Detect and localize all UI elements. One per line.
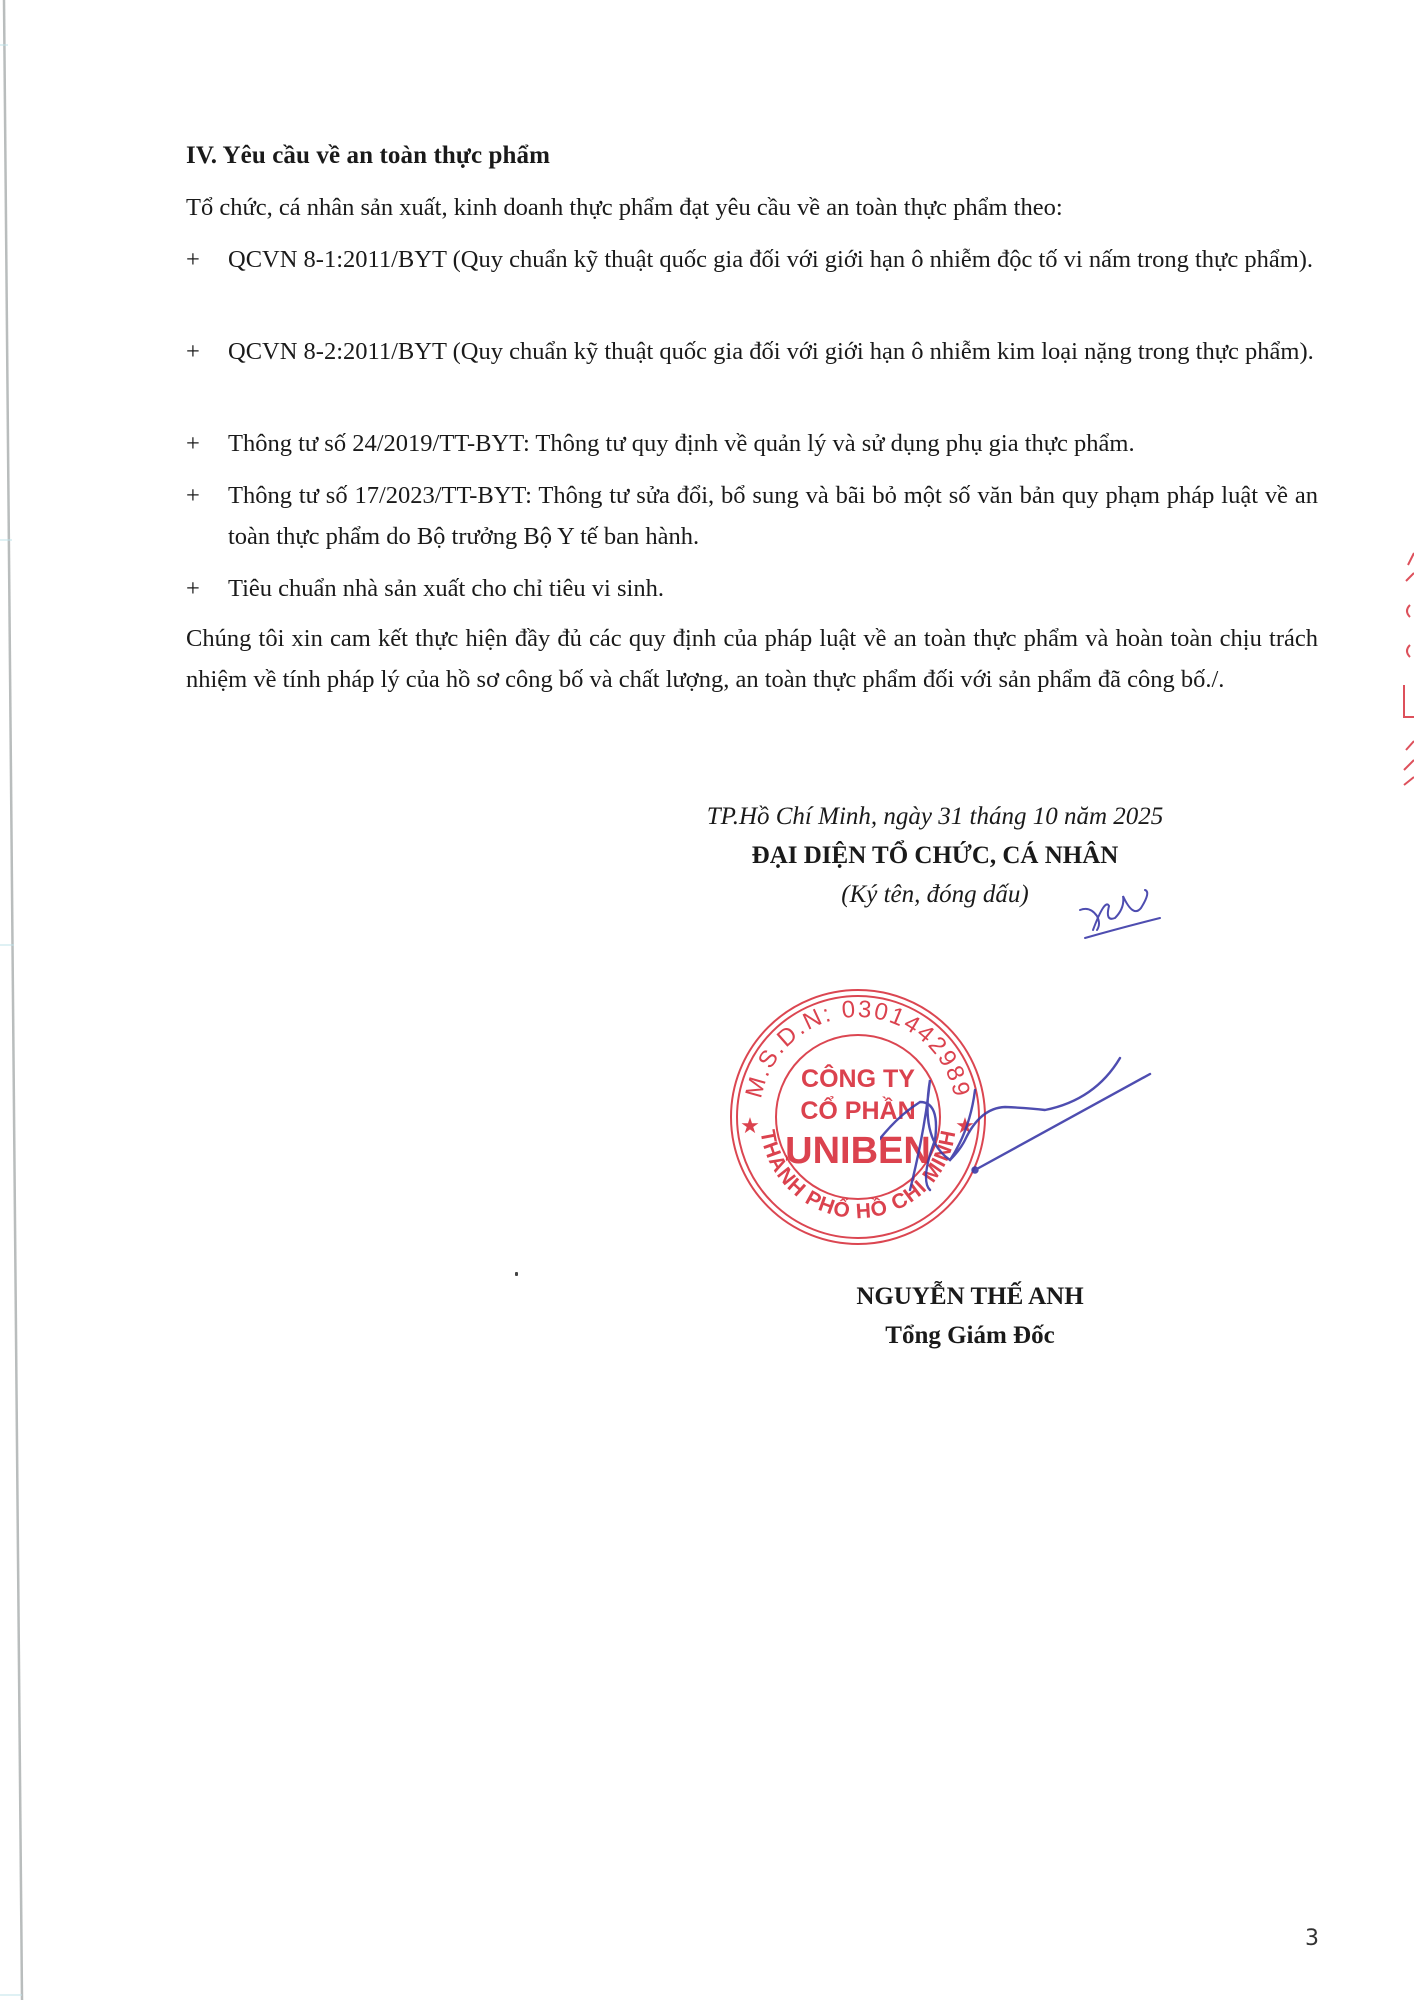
list-item: + Tiêu chuẩn nhà sản xuất cho chỉ tiêu v…: [186, 568, 1318, 609]
signer-name: NGUYỄN THẾ ANH: [800, 1277, 1140, 1317]
bullet-plus: +: [186, 475, 226, 516]
main-signature: [880, 1040, 1170, 1210]
bullet-plus: +: [186, 331, 226, 372]
list-item-text: Thông tư số 24/2019/TT-BYT: Thông tư quy…: [228, 423, 1318, 464]
scan-speck: [515, 1272, 518, 1276]
list-item-text: QCVN 8-1:2011/BYT (Quy chuẩn kỹ thuật qu…: [228, 239, 1318, 280]
signatory-title: ĐẠI DIỆN TỔ CHỨC, CÁ NHÂN: [640, 836, 1230, 876]
list-item: + QCVN 8-2:2011/BYT (Quy chuẩn kỹ thuật …: [186, 331, 1318, 372]
section-heading: IV. Yêu cầu về an toàn thực phẩm: [186, 142, 550, 170]
list-item-text: Tiêu chuẩn nhà sản xuất cho chỉ tiêu vi …: [228, 568, 1318, 609]
list-item-text: Thông tư số 17/2023/TT-BYT: Thông tư sửa…: [228, 475, 1318, 557]
list-item: + QCVN 8-1:2011/BYT (Quy chuẩn kỹ thuật …: [186, 239, 1318, 280]
list-item-text: QCVN 8-2:2011/BYT (Quy chuẩn kỹ thuật qu…: [228, 331, 1318, 372]
commitment-paragraph: Chúng tôi xin cam kết thực hiện đầy đủ c…: [186, 618, 1318, 700]
bullet-plus: +: [186, 239, 226, 280]
bullet-plus: +: [186, 568, 226, 609]
list-item: + Thông tư số 17/2023/TT-BYT: Thông tư s…: [186, 475, 1318, 557]
intro-paragraph: Tổ chức, cá nhân sản xuất, kinh doanh th…: [186, 187, 1318, 228]
signer-role: Tổng Giám Đốc: [800, 1316, 1140, 1356]
page-number: 3: [1305, 1926, 1319, 1951]
place-date: TP.Hồ Chí Minh, ngày 31 tháng 10 năm 202…: [640, 797, 1230, 837]
initial-signature: [1075, 878, 1170, 948]
stamp-star-left: ★: [740, 1113, 760, 1138]
list-item: + Thông tư số 24/2019/TT-BYT: Thông tư q…: [186, 423, 1318, 464]
bullet-plus: +: [186, 423, 226, 464]
scan-edge-line: [0, 0, 40, 2000]
edge-stamp-fragment: [1380, 545, 1414, 800]
